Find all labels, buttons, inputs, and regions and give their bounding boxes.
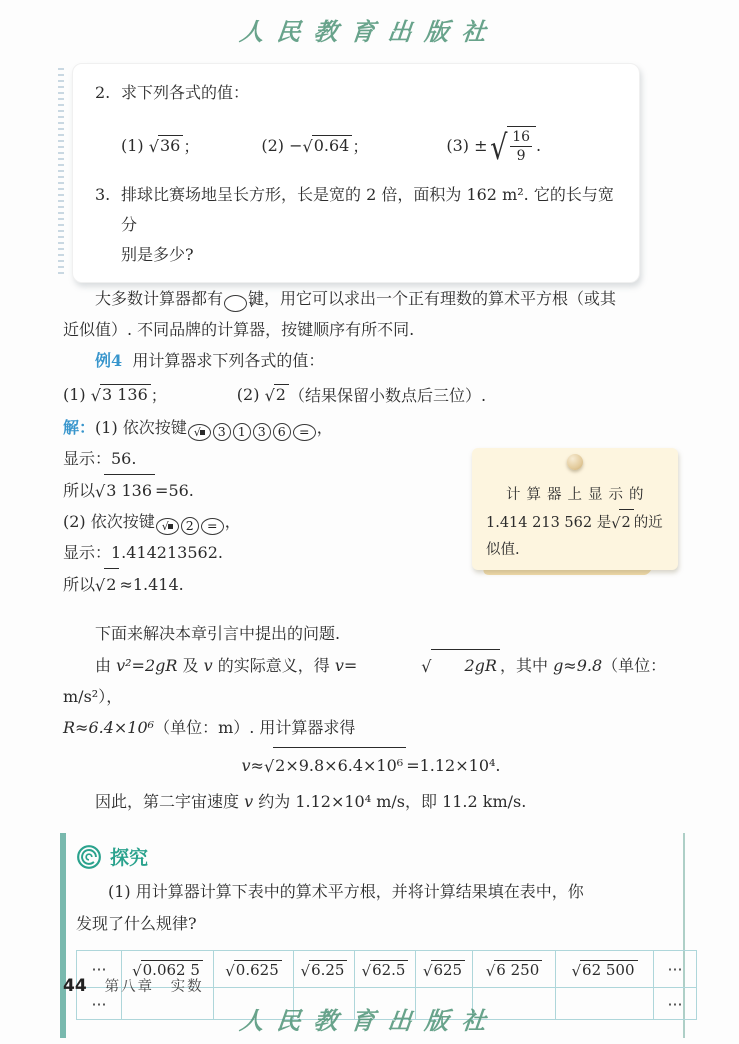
key-6-icon: 6 bbox=[273, 423, 291, 441]
radicand: 62.5 bbox=[370, 960, 408, 979]
sticky-note: 计算器上显示的 1.414 213 562 是√2的近 似值. bbox=[472, 448, 678, 570]
page-footer: 44 第八章 实数 bbox=[63, 975, 204, 996]
expression-1: (1) √36； bbox=[121, 134, 199, 157]
radical-sign: √ bbox=[423, 962, 433, 980]
so2-pre: 所以 bbox=[63, 575, 95, 594]
chapter-title: 第八章 实数 bbox=[105, 975, 204, 996]
radical-sign: √ bbox=[91, 386, 101, 405]
radicand: 2gR bbox=[431, 649, 500, 681]
radical-sign: √ bbox=[149, 137, 159, 156]
radical-sign: √ bbox=[95, 570, 105, 601]
item1-tail: ； bbox=[151, 383, 167, 406]
cell-ellipsis: ⋯ bbox=[654, 951, 697, 988]
exercise-text: 排球比赛场地呈长方形，长是宽的 2 倍，面积为 162 m². 它的长与宽分 别… bbox=[121, 180, 619, 270]
radical-sign: √ bbox=[265, 386, 275, 405]
radicand: 3 136 bbox=[104, 474, 155, 506]
exercise-text: 求下列各式的值： bbox=[121, 78, 249, 108]
example4-items: (1) √3 136； (2) √2（结果保留小数点后三位）. bbox=[63, 376, 679, 412]
so1-post: =56. bbox=[155, 481, 194, 500]
cell-sqrt: √6 250 bbox=[473, 951, 556, 988]
step2-pre: (2) 依次按键 bbox=[63, 512, 155, 531]
publisher-logo-top: 人民教育出版社 bbox=[0, 12, 739, 47]
radicand: 0.625 bbox=[234, 960, 282, 979]
key-2-icon: 2 bbox=[181, 517, 199, 535]
cell-sqrt: √625 bbox=[416, 951, 473, 988]
conclusion-2: 所以√2≈1.414. bbox=[63, 568, 679, 600]
expr-tail: ； bbox=[352, 134, 368, 157]
radical-sign: √ bbox=[301, 962, 311, 980]
cell-sqrt: √62.5 bbox=[355, 951, 416, 988]
explore-text-line1: (1) 用计算器计算下表中的算术平方根，并将计算结果填在表中，你 bbox=[76, 876, 667, 908]
paragraph-calculator-key: 大多数计算器都有√键，用它可以求出一个正有理数的算术平方根（或其 bbox=[63, 283, 679, 314]
paragraph-conclusion: 因此，第二宇宙速度 v 约为 1.12×10⁴ m/s，即 11.2 km/s. bbox=[63, 786, 679, 817]
paragraph-intro-problem: 下面来解决本章引言中提出的问题. bbox=[63, 618, 679, 649]
example4-label: 例4 bbox=[95, 351, 122, 370]
solution-step1: 解：(1) 依次按键√3136=， bbox=[63, 412, 679, 443]
step1-tail: ， bbox=[317, 418, 333, 437]
paragraph-velocity-2: R≈6.4×10⁶（单位：m）. 用计算器求得 bbox=[63, 712, 679, 743]
cell-sqrt: √62 500 bbox=[556, 951, 654, 988]
radicand: 6 250 bbox=[494, 960, 542, 979]
math-R: R≈6.4×10⁶ bbox=[63, 718, 154, 737]
cell-sqrt: √0.625 bbox=[214, 951, 294, 988]
radical-sign: √ bbox=[571, 962, 581, 980]
velocity-formula: v≈√2×9.8×6.4×10⁶=1.12×10⁴. bbox=[63, 747, 679, 784]
exercise-item-3: 3. 排球比赛场地呈长方形，长是宽的 2 倍，面积为 162 m². 它的长与宽… bbox=[95, 180, 619, 270]
sqrt-velocity: √2×9.8×6.4×10⁶ bbox=[264, 747, 406, 784]
explore-text-line2: 发现了什么规律? bbox=[76, 908, 667, 940]
fraction-16-9: 169 bbox=[507, 126, 536, 164]
exercise-item-2: 2. 求下列各式的值： bbox=[95, 78, 619, 108]
equals-key-icon: = bbox=[293, 424, 316, 441]
key-3-icon: 3 bbox=[213, 423, 231, 441]
radical-sign: √ bbox=[303, 137, 313, 156]
radicand: 2 bbox=[104, 568, 119, 600]
key-1-icon: 1 bbox=[233, 423, 251, 441]
item3-line2: 别是多少? bbox=[121, 245, 194, 264]
item2-no: (2) bbox=[237, 385, 260, 404]
formula-post: =1.12×10⁴. bbox=[406, 756, 500, 775]
sqrt-key-icon: √ bbox=[188, 424, 211, 441]
note-line3: 似值. bbox=[486, 537, 664, 564]
expr-tail: . bbox=[536, 136, 541, 155]
radicand: 0.64 bbox=[312, 135, 353, 155]
paragraph-calculator-key-line2: 近似值）. 不同品牌的计算器，按键顺序有所不同. bbox=[63, 314, 679, 345]
math-v: v bbox=[204, 656, 213, 675]
expr-tail: ； bbox=[183, 134, 199, 157]
formula-pre: v≈ bbox=[241, 756, 263, 775]
so2-post: ≈1.414. bbox=[119, 575, 183, 594]
sqrt-2: √2 bbox=[265, 384, 289, 404]
sqrt-0-64: √0.64 bbox=[303, 135, 353, 155]
radicand: 6.25 bbox=[309, 960, 347, 979]
expression-3: (3) ±√169. bbox=[446, 126, 541, 164]
para1-text-b: 键，用它可以求出一个正有理数的算术平方根（或其 bbox=[248, 289, 616, 308]
exercise-number: 3. bbox=[95, 180, 121, 270]
note-line1: 计算器上显示的 bbox=[486, 482, 664, 509]
item3-line1: 排球比赛场地呈长方形，长是宽的 2 倍，面积为 162 m². 它的长与宽分 bbox=[121, 185, 614, 234]
item2-tail: （结果保留小数点后三位）. bbox=[289, 383, 486, 406]
radicand: 2 bbox=[274, 384, 289, 404]
note-line2: 1.414 213 562 是√2的近 bbox=[486, 509, 664, 537]
sqrt-2: √2 bbox=[611, 509, 633, 537]
radicand: 2×9.8×6.4×10⁶ bbox=[273, 747, 406, 784]
radicand: 36 bbox=[158, 135, 183, 155]
cell-sqrt: √6.25 bbox=[294, 951, 355, 988]
plus-minus-sign: ± bbox=[474, 136, 487, 155]
example4-heading: 例4 用计算器求下列各式的值： bbox=[63, 345, 679, 376]
sqrt-fraction: √169 bbox=[488, 126, 537, 164]
sqrt-key-icon: √ bbox=[156, 518, 179, 535]
paragraph-velocity-1: 由 v²=2gR 及 v 的实际意义，得 v=√2gR，其中 g≈9.8（单位：… bbox=[63, 649, 679, 712]
math-v-eq: v= bbox=[335, 656, 357, 675]
exercise-number: 2. bbox=[95, 78, 121, 108]
radical-sign: √ bbox=[486, 962, 496, 980]
radicand: 2 bbox=[619, 509, 633, 537]
math-v: v bbox=[244, 792, 253, 811]
equals-key-icon: = bbox=[201, 518, 224, 535]
sqrt-key-icon: √ bbox=[224, 295, 247, 312]
example4-intro: 用计算器求下列各式的值： bbox=[132, 351, 324, 370]
expression-2: (2) −√0.64； bbox=[261, 134, 368, 157]
sqrt-3136: √3 136 bbox=[91, 384, 151, 404]
exercise-2-expressions: (1) √36； (2) −√0.64； (3) ±√169. bbox=[121, 116, 619, 174]
sqrt-3136: √3 136 bbox=[95, 474, 155, 506]
radical-sign: √ bbox=[225, 962, 235, 980]
radical-sign: √ bbox=[389, 651, 431, 682]
pin-icon bbox=[567, 454, 583, 470]
expr-no: (2) bbox=[261, 136, 284, 155]
key-3-icon: 3 bbox=[253, 423, 271, 441]
item1-no: (1) bbox=[63, 385, 86, 404]
explore-title: 探究 bbox=[110, 843, 148, 870]
math-g: g≈9.8 bbox=[553, 656, 602, 675]
solution-label: 解： bbox=[63, 418, 95, 437]
publisher-logo-bottom: 人民教育出版社 bbox=[0, 1001, 739, 1036]
radical-sign: √ bbox=[95, 476, 105, 507]
math-v2-2gR: v²=2gR bbox=[116, 656, 177, 675]
sqrt-2gR: √2gR bbox=[357, 649, 500, 681]
expr-no: (1) bbox=[121, 136, 144, 155]
radicand: 62 500 bbox=[580, 960, 638, 979]
radicand: 625 bbox=[431, 960, 465, 979]
explore-header: 探究 bbox=[76, 843, 667, 870]
fraction-denominator: 9 bbox=[510, 147, 532, 164]
card-stitch-edge bbox=[58, 68, 64, 278]
minus-sign: − bbox=[289, 136, 302, 155]
fraction-numerator: 16 bbox=[510, 129, 532, 147]
explore-spiral-icon bbox=[76, 844, 102, 870]
so1-pre: 所以 bbox=[63, 481, 95, 500]
step1-pre: (1) 依次按键 bbox=[95, 418, 187, 437]
page-number: 44 bbox=[63, 976, 87, 996]
exercise-card: 2. 求下列各式的值： (1) √36； (2) −√0.64； (3) ±√1… bbox=[72, 63, 640, 283]
sqrt-2: √2 bbox=[95, 568, 119, 600]
radical-sign: √ bbox=[362, 962, 372, 980]
radical-sign: √ bbox=[611, 511, 620, 538]
step2-tail: ， bbox=[225, 512, 241, 531]
para1-text-a: 大多数计算器都有 bbox=[95, 289, 223, 308]
expr-no: (3) bbox=[446, 136, 469, 155]
radicand: 3 136 bbox=[100, 384, 151, 404]
sqrt-36: √36 bbox=[149, 135, 184, 155]
radical-sign: √ bbox=[264, 749, 274, 785]
